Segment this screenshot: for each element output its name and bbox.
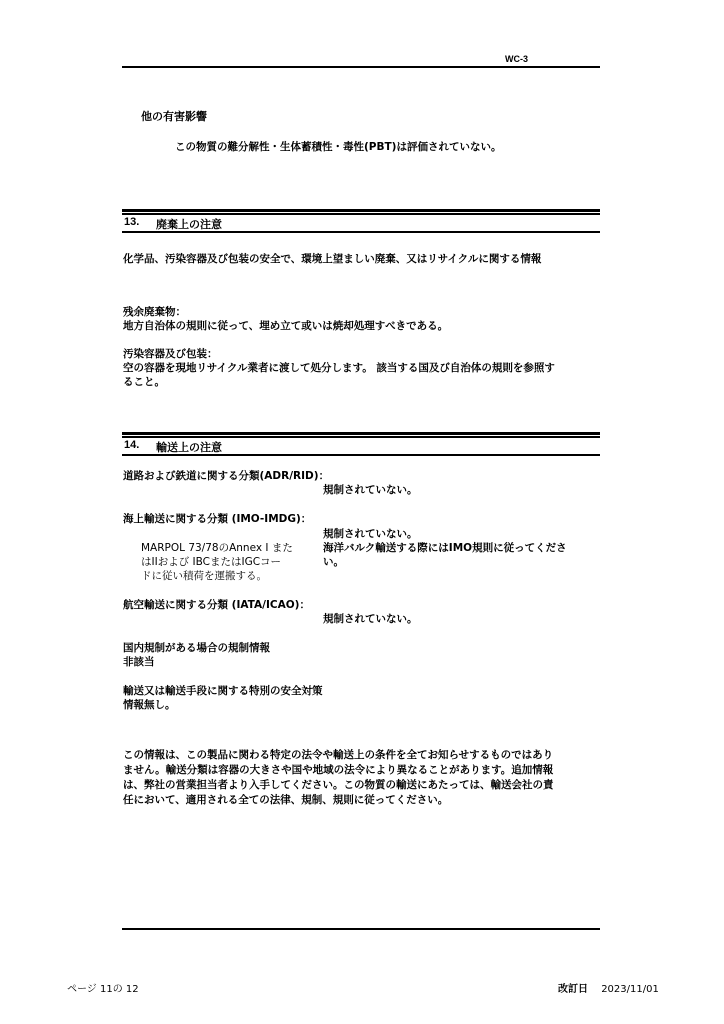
sea-transport-label: 海上輸送に関する分類 (IMO-IMDG)： bbox=[123, 512, 311, 526]
revision-date: 2023/11/01 bbox=[601, 984, 659, 995]
special-precautions-value: 情報無し。 bbox=[123, 698, 176, 712]
marpol-line2: はIIおよび IBCまたはIGCコー bbox=[141, 555, 281, 569]
header-bar-bottom bbox=[122, 231, 600, 233]
container-label: 汚染容器及び包装： bbox=[123, 347, 218, 361]
domestic-regulation-value: 非該当 bbox=[123, 655, 155, 669]
pbt-statement: この物質の難分解性・生体蓄積性・毒性(PBT)は評価されていない。 bbox=[175, 140, 501, 154]
container-text-line2: ること。 bbox=[123, 375, 165, 389]
header-bar-bottom bbox=[122, 454, 600, 456]
sea-transport-value: 規制されていない。 bbox=[323, 527, 418, 541]
header-rule bbox=[122, 66, 600, 68]
disposal-intro: 化学品、汚染容器及び包装の安全で、環境上望ましい廃棄、又はリサイクルに関する情報 bbox=[123, 252, 541, 266]
disclaimer-line4: 任において、適用される全ての法律、規制、規則に従ってください。 bbox=[123, 793, 448, 807]
section-14-header: 14. 輸送上の注意 bbox=[122, 432, 600, 456]
section-number: 14. bbox=[124, 439, 139, 451]
document-code: WC-3 bbox=[505, 54, 528, 64]
disclaimer-line1: この情報は、この製品に関わる特定の法令や輸送上の条件を全てお知らせするものではあ… bbox=[123, 748, 553, 762]
revision-date-block: 改訂日 2023/11/01 bbox=[558, 983, 659, 997]
section-title: 輸送上の注意 bbox=[156, 439, 222, 455]
header-bar-thick bbox=[122, 209, 600, 212]
header-bar-thick bbox=[122, 432, 600, 435]
air-transport-label: 航空輸送に関する分類 (IATA/ICAO)： bbox=[123, 598, 310, 612]
special-precautions-label: 輸送又は輸送手段に関する特別の安全対策 bbox=[123, 684, 323, 698]
disclaimer-line3: は、弊社の営業担当者より入手してください。この物質の輸送にあたっては、輸送会社の… bbox=[123, 778, 554, 792]
header-bar-thin bbox=[122, 436, 600, 438]
air-transport-value: 規制されていない。 bbox=[323, 612, 418, 626]
domestic-regulation-label: 国内規制がある場合の規制情報 bbox=[123, 641, 270, 655]
header-bar-thin bbox=[122, 213, 600, 215]
road-rail-value: 規制されていない。 bbox=[323, 483, 418, 497]
revision-label: 改訂日 bbox=[558, 984, 588, 995]
bulk-transport-line1: 海洋バルク輸送する際にはIMO規則に従ってくださ bbox=[323, 541, 567, 555]
other-effects-heading: 他の有害影響 bbox=[141, 110, 207, 124]
section-13-header: 13. 廃棄上の注意 bbox=[122, 209, 600, 233]
page-number: ページ 11の 12 bbox=[67, 983, 139, 997]
container-text-line1: 空の容器を現地リサイクル業者に渡して処分します。 該当する国及び自治体の規則を参… bbox=[123, 361, 555, 375]
footer-rule bbox=[122, 928, 600, 930]
residual-waste-text: 地方自治体の規則に従って、埋め立て或いは焼却処理すべきである。 bbox=[123, 319, 448, 333]
disclaimer-line2: ません。輸送分類は容器の大きさや国や地域の法令により異なることがあります。追加情… bbox=[123, 763, 553, 777]
road-rail-label: 道路および鉄道に関する分類(ADR/RID)： bbox=[123, 469, 329, 483]
marpol-line1: MARPOL 73/78のAnnex I また bbox=[141, 541, 293, 555]
section-title: 廃棄上の注意 bbox=[156, 216, 222, 232]
section-number: 13. bbox=[124, 216, 139, 228]
residual-waste-label: 残余廃棄物： bbox=[123, 305, 186, 319]
marpol-line3: ドに従い積荷を運搬する。 bbox=[141, 569, 267, 583]
bulk-transport-line2: い。 bbox=[323, 555, 344, 569]
